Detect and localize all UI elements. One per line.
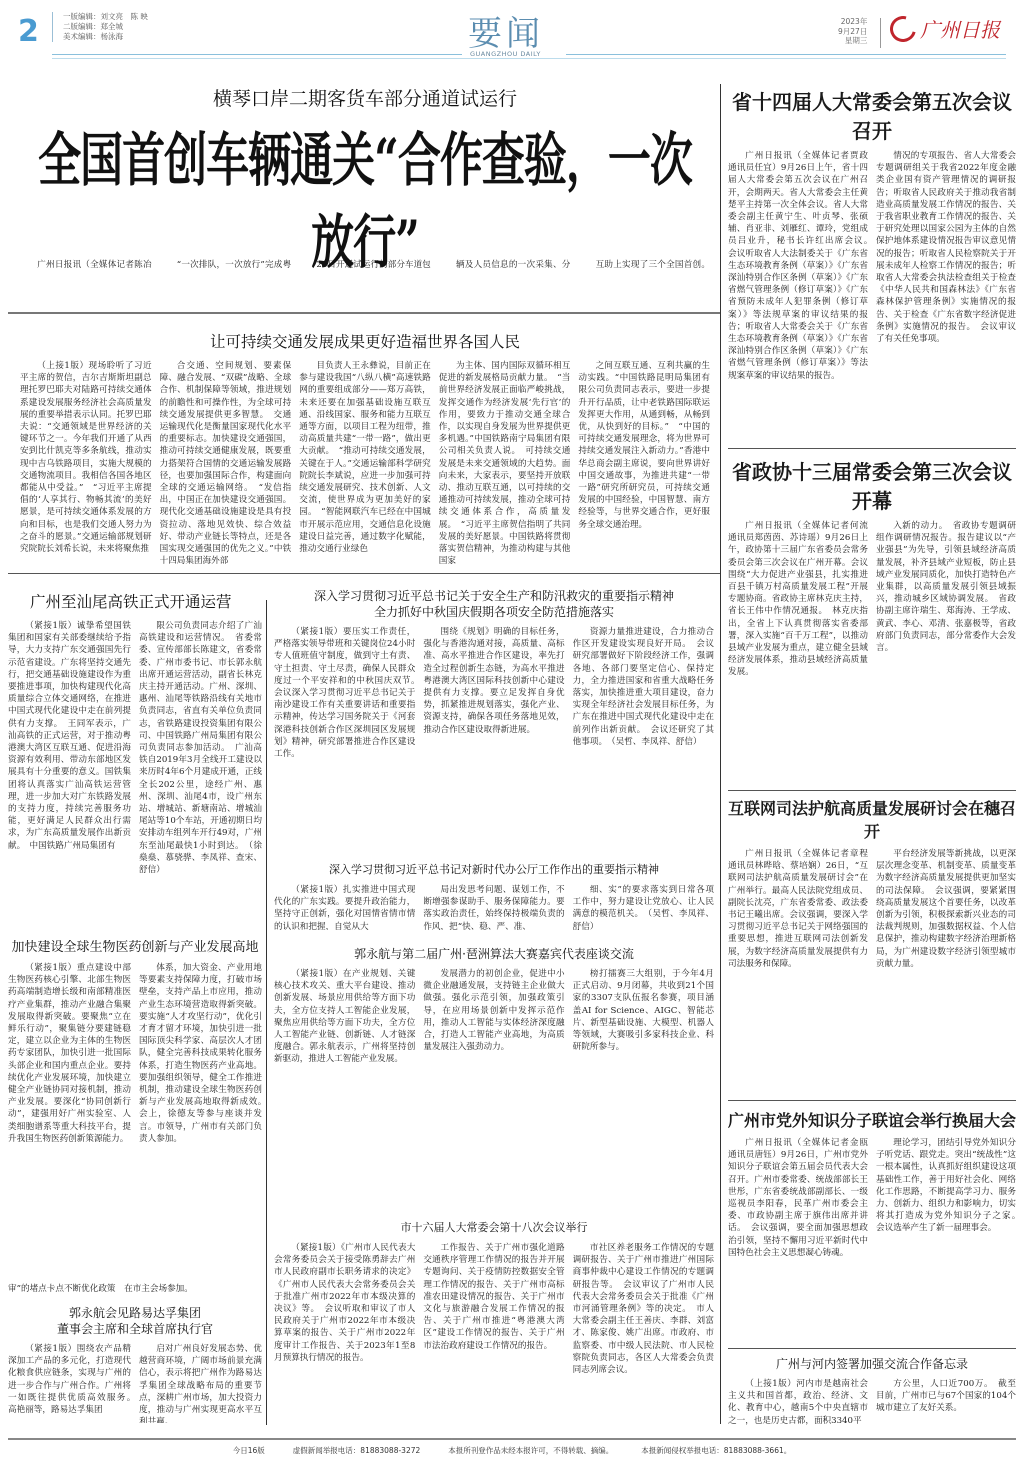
masthead-rule — [566, 54, 1006, 55]
issue-date: 2023年 9月27日 星期三 — [838, 17, 867, 46]
section-divider — [728, 790, 1016, 791]
article-headline[interactable]: 互联网司法护航高质量发展研讨会在穗召开 — [728, 796, 1016, 842]
article-body: （紧接1版）重点建设中部生物医药核心引擎、北部生物医药高端制造增长级和南部精准医… — [8, 962, 262, 1260]
provincial-npc-article[interactable]: 省十四届人大常委会第五次会议召开 广州日报讯（全媒体记者贾政 通讯员任宜）9月2… — [728, 86, 1016, 446]
article-column: 资源力量推进建设，合力推动合作区开发建设实现良好开局。 会议研究部署做好下阶段经… — [573, 626, 714, 854]
article-column: （紧接1版）围绕农产品精深加工产品的多元化，打造现代化粮食供应链条，实现与广州的… — [8, 1343, 131, 1423]
article-column: 细、实”的要求落实到日常各项工作中，努力建设让党放心、让人民满意的模范机关。 （… — [573, 884, 714, 930]
lead-article[interactable]: 横琴口岸二期客货车部分通道试运行 全国首创车辆通关“合作查验，一次放行” 广州日… — [20, 84, 710, 269]
article-column: 情况的专项报告、省人大常委会专题调研组关于我省2022年度金融类企业国有资产管理… — [876, 150, 1016, 446]
article-body: （上接1版）现场聆听了习近平主席的贺信，吉尔吉斯斯坦副总理托罗巴耶夫对陆路可持续… — [20, 360, 710, 570]
article-column: 入新的动力。 省政协专题调研组作调研情况报告。报告建议以“产业强县”为先导，引领… — [876, 520, 1016, 786]
article-headline[interactable]: 全国首创车辆通关“合作查验，一次放行” — [20, 115, 710, 269]
cppcc-article[interactable]: 省政协十三届常委会第三次会议开幕 广州日报讯（全媒体记者何流 通讯员郑茵茵、苏诗… — [728, 456, 1016, 786]
article-body: （紧接1版）扎实推进中国式现代化的广东实践。要提升政治能力，坚持守正创新，强化对… — [274, 884, 714, 930]
date-day: 9月27日 — [838, 27, 867, 37]
column-divider — [266, 600, 267, 1425]
headline-line: 全力抓好中秋国庆假期各项安全防范措施落实 — [274, 604, 714, 620]
article-headline[interactable]: 深入学习贯彻习近平总书记关于安全生产和防汛救灾的重要指示精神 全力抓好中秋国庆假… — [274, 588, 714, 620]
algo-contest-article[interactable]: 郭永航与第二届广州·琶洲算法大赛嘉宾代表座谈交流 （紧接1版）在产业规划、关键核… — [274, 946, 714, 1216]
article-body: 广州日报讯（全媒体记者章程 通讯员林晔晗、蔡培娴）26日，“互联网司法护航高质量… — [728, 848, 1016, 1096]
article-column: 市社区养老服务工作情况的专题调研报告、关于广州市推进广州国际商事仲裁中心建设工作… — [573, 1242, 714, 1430]
section-divider — [8, 312, 720, 314]
safety-article[interactable]: 深入学习贯彻习近平总书记关于安全生产和防汛救灾的重要指示精神 全力抓好中秋国庆假… — [274, 588, 714, 858]
article-headline[interactable]: 省十四届人大常委会第五次会议召开 — [728, 86, 1016, 144]
section-divider — [728, 1100, 1016, 1101]
article-column: 局出发思考问题、谋划工作，不断增强参谋助手、服务保障能力。要落实政治责任，始终保… — [423, 884, 564, 930]
fake-news-hotline: 虚假新闻举报电话：81883088-3272 — [293, 1445, 420, 1456]
article-column: 广州日报讯（全媒体记者章程 通讯员林晔晗、蔡培娴）26日，“互联网司法护航高质量… — [728, 848, 868, 1096]
article-column: （紧接1版）重点建设中部生物医药核心引擎、北部生物医药高端制造增长级和南部精准医… — [8, 962, 131, 1260]
date-weekday: 星期三 — [838, 36, 867, 46]
article-column: 目负责人王永彝说，目前正在参与建设我国“八纵八横”高速铁路网的重要组成部分——郑… — [299, 360, 431, 570]
article-column: 之间互联互通、互利共赢的生动实践。“中国铁路昆明局集团有限公司负责同志表示，要进… — [578, 360, 710, 570]
article-column: （上接1版）河内市是越南社会主义共和国首都，政治、经济、文化、教育中心，越南5个… — [728, 1378, 868, 1428]
article-column: 工作报告、关于广州市强化道路交通秩序管理工作情况的报告并开展专题询问、关于疫情防… — [423, 1242, 564, 1430]
editor-line: 美术编辑：杨泳海 — [63, 32, 148, 42]
article-body: （紧接1版）《广州市人民代表大会常务委员会关于接受陈勇辞去广州市人民政府副市长职… — [274, 1242, 714, 1430]
article-column: 榜打擂赛三大组别，于今年4月正式启动、9月闭幕，共收到21个国家的3307支队伍… — [573, 968, 714, 1216]
article-headline[interactable]: 广州至汕尾高铁正式开通运营 — [8, 590, 262, 612]
editor-line: 一版编辑：刘文亮 陈 映 — [63, 12, 148, 22]
article-column: 方公里，人口近700万。 截至目前，广州市已与67个国家的104个城市建立了友好… — [876, 1378, 1016, 1428]
masthead-rule — [52, 54, 462, 55]
article-column: 合交通、空间规划、要素保障、融合发展、“双碳”战略、全球合作、机制保障等领域，推… — [160, 360, 292, 570]
article-kicker: 横琴口岸二期客货车部分通道试运行 — [20, 84, 710, 111]
biomed-article[interactable]: 加快建设全球生物医药创新与产业发展高地 （紧接1版）重点建设中部生物医药核心引擎… — [8, 940, 262, 1260]
internet-court-article[interactable]: 互联网司法护航高质量发展研讨会在穗召开 广州日报讯（全媒体记者章程 通讯员林晔晗… — [728, 796, 1016, 1096]
footer-info: 今日16版 虚假新闻举报电话：81883088-3272 本报所刊登作品未经本报… — [0, 1445, 1024, 1456]
article-column: （上接1版）现场聆听了习近平主席的贺信，吉尔吉斯斯坦副总理托罗巴耶夫对陆路可持续… — [20, 360, 152, 570]
headline-line: 郭永航会见路易达孚集团 — [8, 1305, 262, 1321]
article-headline[interactable]: 广州市党外知识分子联谊会举行换届大会 — [728, 1108, 1016, 1131]
article-body: （紧接1版）在产业规划、关键核心技术攻关、重大平台建设、推动创新发展、场景应用供… — [274, 968, 714, 1216]
article-column: 广州日报讯（全媒体记者金瓯 通讯员唐钰）9月26日，广州市党外知识分子联谊会第五… — [728, 1137, 868, 1342]
editor-credits: 一版编辑：刘文亮 陈 映 二版编辑：郑全城 美术编辑：杨泳海 — [52, 12, 148, 42]
page-count: 今日16版 — [233, 1445, 265, 1456]
page-number: 2 — [18, 14, 39, 49]
article-column: 启对广州良好发展态势、优越营商环境，广阔市场前景充满信心，表示将把广州作为路易达… — [139, 1343, 262, 1423]
masthead-rule — [52, 58, 1006, 59]
copyright-notice: 本报所刊登作品未经本报许可，不得转载、摘编。 — [448, 1445, 613, 1456]
article-headline[interactable]: 市十六届人大常委会第十八次会议举行 — [274, 1220, 714, 1236]
article-column: 平台经济发展等新挑战，以更深层次理念变革、机制变革、质量变革为数字经济高质量发展… — [876, 848, 1016, 1096]
section-divider — [8, 573, 720, 574]
masthead: 2 一版编辑：刘文亮 陈 映 二版编辑：郑全城 美术编辑：杨泳海 要闻 GUAN… — [0, 0, 1024, 64]
newspaper-logo[interactable]: 广州日报 — [890, 14, 1000, 43]
article-tail: 审”的堵点卡点不断优化政策 在市主会场参加。 — [8, 1282, 262, 1296]
article-body: （紧接1版）要压实工作责任，严格落实领导带班和关键岗位24小时专人值班值守制度，… — [274, 626, 714, 854]
article-body: （上接1版）河内市是越南社会主义共和国首都，政治、经济、文化、教育中心，越南5个… — [728, 1378, 1016, 1428]
article-headline[interactable]: 郭永航与第二届广州·琶洲算法大赛嘉宾代表座谈交流 — [274, 946, 714, 962]
article-column: 广州日报讯（全媒体记者何流 通讯员郑茵茵、苏诗瑶）9月26日上午，政协第十三届广… — [728, 520, 868, 786]
railway-article[interactable]: 广州至汕尾高铁正式开通运营 （紧接1版）诚挚希望国铁集团和国家有关部委继续给予指… — [8, 590, 262, 910]
article-headline[interactable]: 深入学习贯彻习近平总书记对新时代办公厅工作作出的重要指示精神 — [274, 862, 714, 878]
article-column: 体系，加大资金、产业用地等要素支持保障力度，打破市场壁垒，支持产品上市应用，推动… — [139, 962, 262, 1260]
article-body: （紧接1版）诚挚希望国铁集团和国家有关部委继续给予指导，大力支持广东交通强国先行… — [8, 620, 262, 910]
article-headline[interactable]: 省政协十三届常委会第三次会议开幕 — [728, 456, 1016, 514]
article-column: （紧接1版）《广州市人民代表大会常务委员会关于接受陈勇辞去广州市人民政府副市长职… — [274, 1242, 415, 1430]
united-front-article[interactable]: 广州市党外知识分子联谊会举行换届大会 广州日报讯（全媒体记者金瓯 通讯员唐钰）9… — [728, 1108, 1016, 1343]
section-divider — [728, 1348, 1016, 1349]
article-body: 广州日报讯（全媒体记者金瓯 通讯员唐钰）9月26日，广州市党外知识分子联谊会第五… — [728, 1137, 1016, 1342]
logo-text: 广州日报 — [920, 14, 1000, 43]
article-column: （紧接1版）诚挚希望国铁集团和国家有关部委继续给予指导，大力支持广东交通强国先行… — [8, 620, 131, 910]
editor-line: 二版编辑：郑全城 — [63, 22, 148, 32]
article-headline[interactable]: 广州与河内签署加强交流合作备忘录 — [728, 1356, 1016, 1372]
column-divider — [720, 84, 721, 1424]
headline-line: 董事会主席和全球首席执行官 — [8, 1321, 262, 1337]
article-column: （紧接1版）扎实推进中国式现代化的广东实践。要提升政治能力，坚持守正创新，强化对… — [274, 884, 415, 930]
city-npc-article[interactable]: 市十六届人大常委会第十八次会议举行 （紧接1版）《广州市人民代表大会常务委员会关… — [274, 1220, 714, 1430]
section-title: 要闻 — [468, 6, 544, 55]
article-column: 限公司负责同志介绍了广汕高铁建设和运营情况。 省委常委、宣传部部长陈建文，省委常… — [139, 620, 262, 910]
headline-line: 深入学习贯彻习近平总书记关于安全生产和防汛救灾的重要指示精神 — [274, 588, 714, 604]
article-column: 理论学习，团结引导党外知识分子听党话、跟党走。突出“统战性”这一根本属性，认真抓… — [876, 1137, 1016, 1342]
date-year: 2023年 — [838, 17, 867, 27]
meeting-article[interactable]: 郭永航会见路易达孚集团 董事会主席和全球首席执行官 （紧接1版）围绕农产品精深加… — [8, 1305, 262, 1430]
article-body: 广州日报讯（全媒体记者贾政 通讯员任宜）9月26日上午，省十四届人大常委会第五次… — [728, 150, 1016, 446]
article-column: 为主体、国内国际双循环相互促进的新发展格局贡献力量。 “当前世界经济发展正面临严… — [439, 360, 571, 570]
article-column: 围绕《规划》明确的目标任务，强化与香港沟通对接，高质量、高标准、高水平推进合作区… — [423, 626, 564, 854]
date-divider — [880, 18, 881, 48]
article-column: 发展潜力的初创企业，促进中小微企业融通发展，支持链主企业做大做强。强化示范引领，… — [423, 968, 564, 1216]
article-headline[interactable]: 郭永航会见路易达孚集团 董事会主席和全球首席执行官 — [8, 1305, 262, 1337]
section-divider — [728, 448, 1016, 449]
article-headline[interactable]: 加快建设全球生物医药创新与产业发展高地 — [8, 940, 262, 956]
transport-article[interactable]: 让可持续交通发展成果更好造福世界各国人民 （上接1版）现场聆听了习近平主席的贺信… — [20, 330, 710, 570]
infringement-hotline: 本报新闻侵权举报电话：81883088-3661。 — [641, 1445, 791, 1456]
article-body: （紧接1版）围绕农产品精深加工产品的多元化，打造现代化粮食供应链条，实现与广州的… — [8, 1343, 262, 1423]
hanoi-article[interactable]: 广州与河内签署加强交流合作备忘录 （上接1版）河内市是越南社会主义共和国首都，政… — [728, 1356, 1016, 1428]
article-column: （紧接1版）在产业规划、关键核心技术攻关、重大平台建设、推动创新发展、场景应用供… — [274, 968, 415, 1216]
article-headline[interactable]: 让可持续交通发展成果更好造福世界各国人民 — [20, 330, 710, 352]
section-subtitle: GUANGZHOU DAILY — [470, 50, 541, 58]
footer-rule — [8, 1438, 1016, 1440]
page-footer: 今日16版 虚假新闻举报电话：81883088-3272 本报所刊登作品未经本报… — [0, 1438, 1024, 1456]
article-body: 广州日报讯（全媒体记者何流 通讯员郑茵茵、苏诗瑶）9月26日上午，政协第十三届广… — [728, 520, 1016, 786]
article-column: 广州日报讯（全媒体记者贾政 通讯员任宜）9月26日上午，省十四届人大常委会第五次… — [728, 150, 868, 446]
logo-emblem-icon — [885, 11, 921, 47]
office-article[interactable]: 深入学习贯彻习近平总书记对新时代办公厅工作作出的重要指示精神 （紧接1版）扎实推… — [274, 862, 714, 930]
article-column: （紧接1版）要压实工作责任，严格落实领导带班和关键岗位24小时专人值班值守制度，… — [274, 626, 415, 854]
